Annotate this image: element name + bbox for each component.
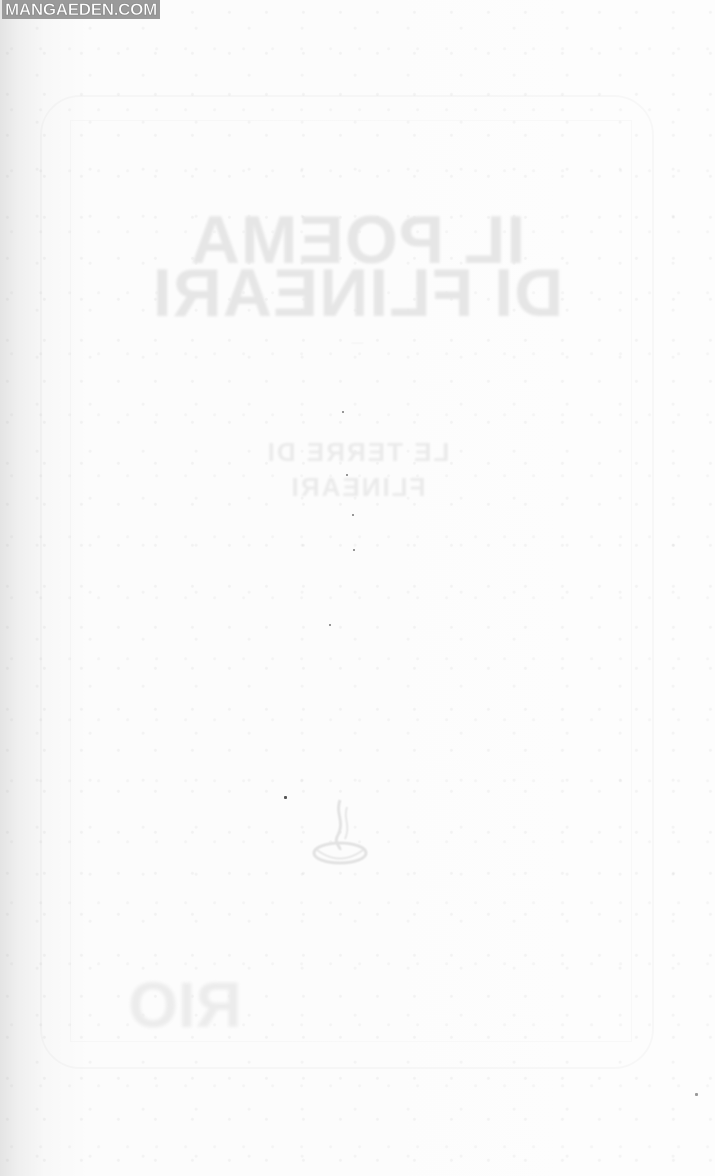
speck bbox=[695, 1093, 698, 1096]
speck bbox=[342, 411, 344, 413]
speck bbox=[353, 549, 355, 551]
scanned-page: IL POEMA DI FLINEARI — LE TERRE DI FLINE… bbox=[0, 0, 715, 1176]
bleed-through-footer-mark: RIO bbox=[95, 970, 275, 1040]
bleed-through-subtitle-line-2: FLINEARI bbox=[0, 472, 715, 502]
bleed-through-small-mark: — bbox=[0, 335, 715, 349]
bleed-through-subtitle-line-1: LE TERRE DI bbox=[0, 437, 715, 467]
flame-lamp-emblem-icon bbox=[305, 795, 375, 870]
speck bbox=[352, 514, 354, 516]
bleed-through-title-line-2: DI FLINEARI bbox=[0, 258, 715, 328]
speck bbox=[329, 624, 331, 626]
site-watermark: MANGAEDEN.COM bbox=[2, 0, 160, 19]
speck bbox=[346, 474, 348, 476]
speck bbox=[284, 796, 287, 799]
